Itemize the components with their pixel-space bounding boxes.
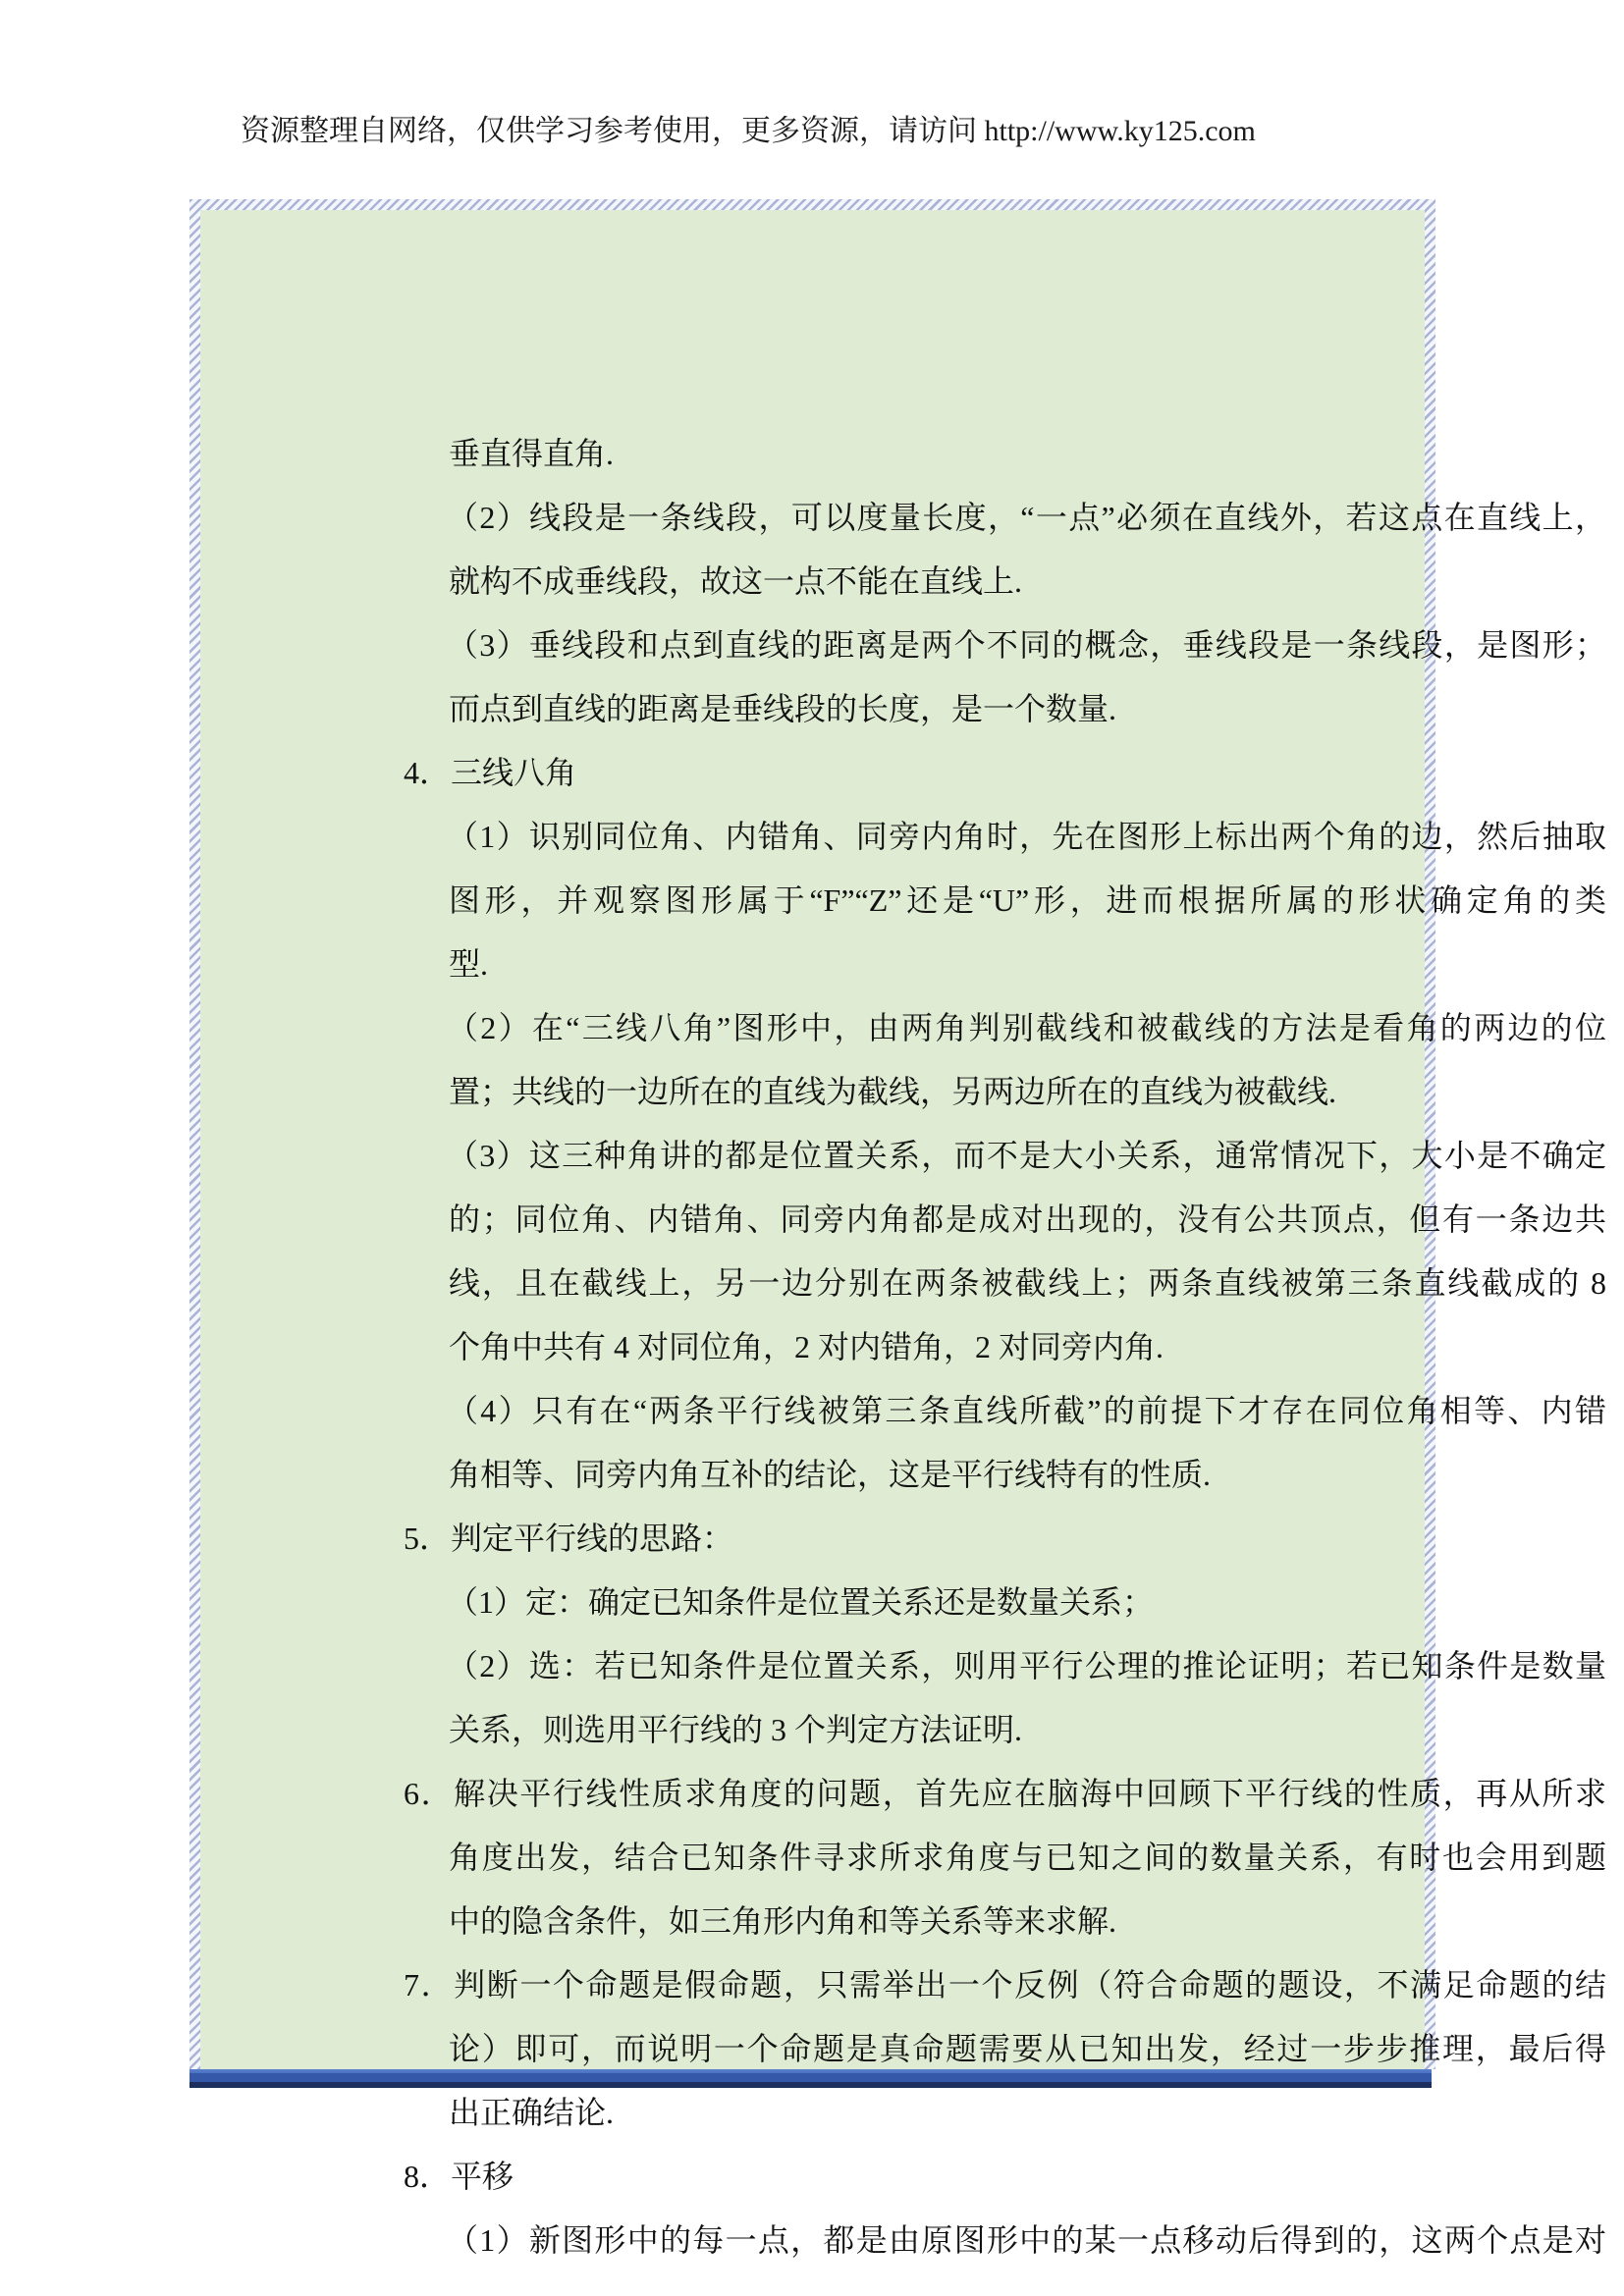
text-line: 7．判断一个命题是假命题，只需举出一个反例（符合命题的题设，不满足命题的结 [404, 1953, 1606, 2017]
text-line: （2）选：若已知条件是位置关系，则用平行公理的推论证明；若已知条件是数量 [447, 1634, 1606, 1698]
notes-text: 垂直得直角. （2）线段是一条线段，可以度量长度，“一点”必须在直线外，若这点在… [404, 422, 1606, 2272]
text-line: （1）识别同位角、内错角、同旁内角时，先在图形上标出两个角的边，然后抽取 [447, 805, 1606, 869]
text-line: 线，且在截线上，另一边分别在两条被截线上；两条直线被第三条直线截成的 8 [449, 1252, 1606, 1315]
text-line: 5．判定平行线的思路： [404, 1507, 1606, 1571]
text-line: （2）线段是一条线段，可以度量长度，“一点”必须在直线外，若这点在直线上， [447, 486, 1606, 550]
notes-panel: 垂直得直角. （2）线段是一条线段，可以度量长度，“一点”必须在直线外，若这点在… [200, 210, 1425, 2069]
text-line: 角相等、同旁内角互补的结论，这是平行线特有的性质. [449, 1443, 1606, 1507]
text-line: （2）在“三线八角”图形中，由两角判别截线和被截线的方法是看角的两边的位 [447, 996, 1606, 1060]
text-line: （3）这三种角讲的都是位置关系，而不是大小关系，通常情况下，大小是不确定 [447, 1124, 1606, 1188]
text-line: （3）垂线段和点到直线的距离是两个不同的概念，垂线段是一条线段，是图形； [447, 614, 1606, 677]
text-line: 型. [449, 933, 1606, 996]
text-line: 中的隐含条件，如三角形内角和等关系等来求解. [449, 1890, 1606, 1953]
text-line: 就构不成垂线段，故这一点不能在直线上. [449, 550, 1606, 614]
text-line: 角度出发，结合已知条件寻求所求角度与已知之间的数量关系，有时也会用到题 [449, 1826, 1606, 1890]
text-line: 的；同位角、内错角、同旁内角都是成对出现的，没有公共顶点，但有一条边共 [449, 1188, 1606, 1252]
text-line: 出正确结论. [449, 2081, 1606, 2145]
text-line: 垂直得直角. [449, 422, 1606, 486]
text-line: 置；共线的一边所在的直线为截线，另两边所在的直线为被截线. [449, 1060, 1606, 1124]
text-line: 个角中共有 4 对同位角，2 对内错角，2 对同旁内角. [449, 1315, 1606, 1379]
text-line: （4）只有在“两条平行线被第三条直线所截”的前提下才存在同位角相等、内错 [447, 1379, 1606, 1443]
striped-border-box: 垂直得直角. （2）线段是一条线段，可以度量长度，“一点”必须在直线外，若这点在… [189, 199, 1435, 2069]
text-line: （1）定：确定已知条件是位置关系还是数量关系； [447, 1571, 1606, 1634]
text-line: 6．解决平行线性质求角度的问题，首先应在脑海中回顾下平行线的性质，再从所求 [404, 1762, 1606, 1826]
text-line: 而点到直线的距离是垂线段的长度，是一个数量. [449, 677, 1606, 741]
text-line: （1）新图形中的每一点，都是由原图形中的某一点移动后得到的，这两个点是对 [447, 2209, 1606, 2272]
text-line: 关系，则选用平行线的 3 个判定方法证明. [449, 1698, 1606, 1762]
text-line: 8．平移 [404, 2145, 1606, 2209]
text-line: 4．三线八角 [404, 741, 1606, 805]
header-note: 资源整理自网络，仅供学习参考使用，更多资源，请访问 http://www.ky1… [241, 110, 1419, 153]
text-line: 图形，并观察图形属于“F”“Z”还是“U”形，进而根据所属的形状确定角的类 [449, 869, 1606, 933]
bottom-blue-bar [189, 2069, 1432, 2088]
